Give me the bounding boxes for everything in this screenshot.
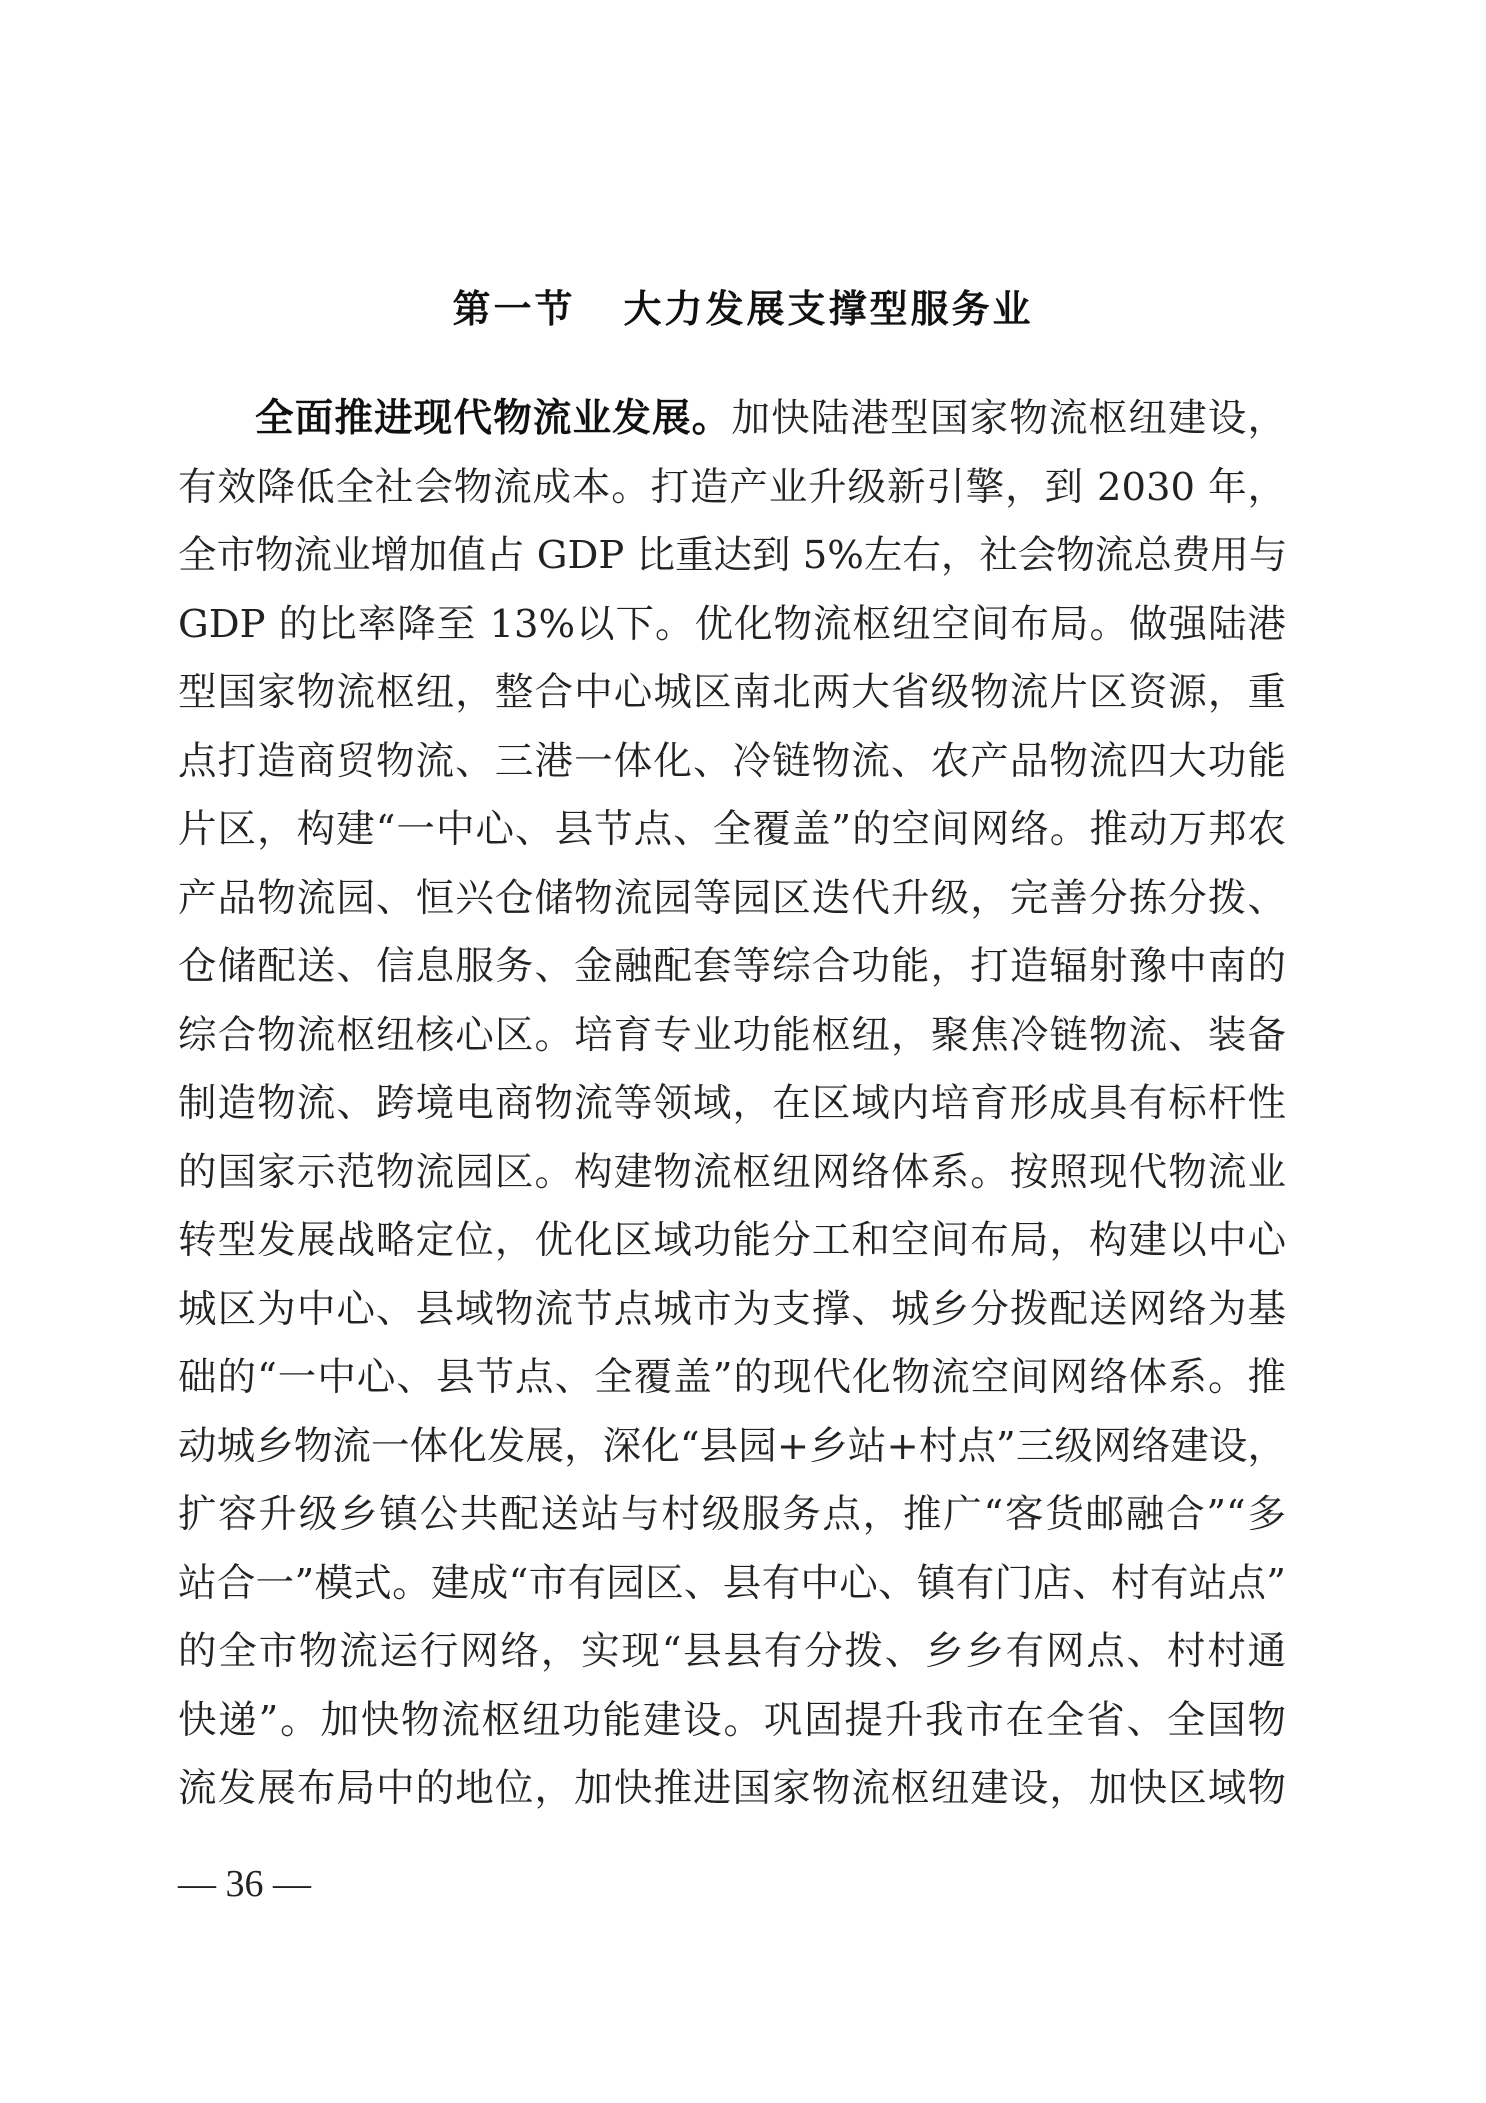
- paragraph-line: 仓储配送、信息服务、金融配套等综合功能，打造辐射豫中南的: [178, 933, 1286, 1002]
- paragraph-line: GDP 的比率降至 13%以下。优化物流枢纽空间布局。做强陆港: [178, 591, 1286, 660]
- paragraph-line: 的国家示范物流园区。构建物流枢纽网络体系。按照现代物流业: [178, 1139, 1286, 1208]
- lead-heading: 全面推进现代物流业发展。: [255, 396, 731, 441]
- paragraph-line: 有效降低全社会物流成本。打造产业升级新引擎，到 2030 年，: [178, 454, 1286, 523]
- paragraph-body: 全面推进现代物流业发展。加快陆港型国家物流枢纽建设， 有效降低全社会物流成本。打…: [178, 385, 1286, 1824]
- paragraph-line: 产品物流园、恒兴仓储物流园等园区迭代升级，完善分拣分拨、: [178, 865, 1286, 934]
- paragraph-line: 快递”。加快物流枢纽功能建设。巩固提升我市在全省、全国物: [178, 1687, 1286, 1756]
- paragraph-line: 流发展布局中的地位，加快推进国家物流枢纽建设，加快区域物: [178, 1755, 1286, 1824]
- paragraph-line: 转型发展战略定位，优化区域功能分工和空间布局，构建以中心: [178, 1207, 1286, 1276]
- paragraph-line: 站合一”模式。建成“市有园区、县有中心、镇有门店、村有站点”: [178, 1550, 1286, 1619]
- paragraph-line: 综合物流枢纽核心区。培育专业功能枢纽，聚焦冷链物流、装备: [178, 1002, 1286, 1071]
- paragraph-line: 制造物流、跨境电商物流等领域，在区域内培育形成具有标杆性: [178, 1070, 1286, 1139]
- paragraph-line: 型国家物流枢纽，整合中心城区南北两大省级物流片区资源，重: [178, 659, 1286, 728]
- paragraph-line: 全市物流业增加值占 GDP 比重达到 5%左右，社会物流总费用与: [178, 522, 1286, 591]
- paragraph-line: 础的“一中心、县节点、全覆盖”的现代化物流空间网络体系。推: [178, 1344, 1286, 1413]
- paragraph-line: 动城乡物流一体化发展，深化“县园+乡站+村点”三级网络建设，: [178, 1413, 1286, 1482]
- paragraph-line: 点打造商贸物流、三港一体化、冷链物流、农产品物流四大功能: [178, 728, 1286, 797]
- section-title: 第一节大力发展支撑型服务业: [0, 278, 1486, 333]
- paragraph-line: 片区，构建“一中心、县节点、全覆盖”的空间网络。推动万邦农: [178, 796, 1286, 865]
- paragraph-line: 的全市物流运行网络，实现“县县有分拨、乡乡有网点、村村通: [178, 1618, 1286, 1687]
- paragraph-line: 城区为中心、县域物流节点城市为支撑、城乡分拨配送网络为基: [178, 1276, 1286, 1345]
- section-name: 大力发展支撑型服务业: [624, 286, 1034, 331]
- page-number: — 36 —: [178, 1862, 311, 1906]
- paragraph-line: 扩容升级乡镇公共配送站与村级服务点，推广“客货邮融合”“多: [178, 1481, 1286, 1550]
- section-number: 第一节: [452, 286, 575, 331]
- document-page: 第一节大力发展支撑型服务业 全面推进现代物流业发展。加快陆港型国家物流枢纽建设，…: [0, 0, 1486, 2103]
- paragraph-line: 全面推进现代物流业发展。加快陆港型国家物流枢纽建设，: [178, 385, 1286, 454]
